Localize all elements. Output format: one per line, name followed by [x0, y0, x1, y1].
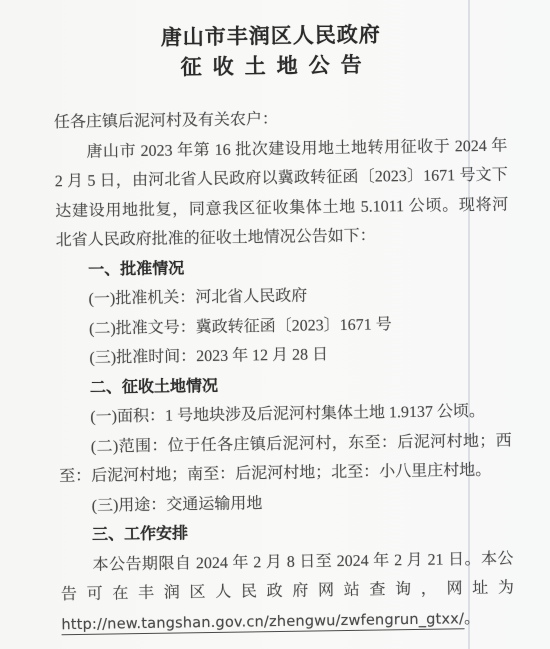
- document-title-block: 唐山市丰润区人民政府 征收土地公告: [0, 17, 546, 85]
- scanned-announcement-page: 唐山市丰润区人民政府 征收土地公告 任各庄镇后泥河村及有关农户： 唐山市 202…: [0, 0, 550, 649]
- website-url: http://new.tangshan.gov.cn/zhengwu/zwfen…: [61, 611, 464, 635]
- website-url-period: 。: [464, 609, 480, 626]
- document-body: 任各庄镇后泥河村及有关农户： 唐山市 2023 年第 16 批次建设用地土地转用…: [0, 101, 550, 641]
- document-sheet: 唐山市丰润区人民政府 征收土地公告 任各庄镇后泥河村及有关农户： 唐山市 202…: [0, 0, 550, 649]
- website-line: http://new.tangshan.gov.cn/zhengwu/zwfen…: [61, 603, 514, 640]
